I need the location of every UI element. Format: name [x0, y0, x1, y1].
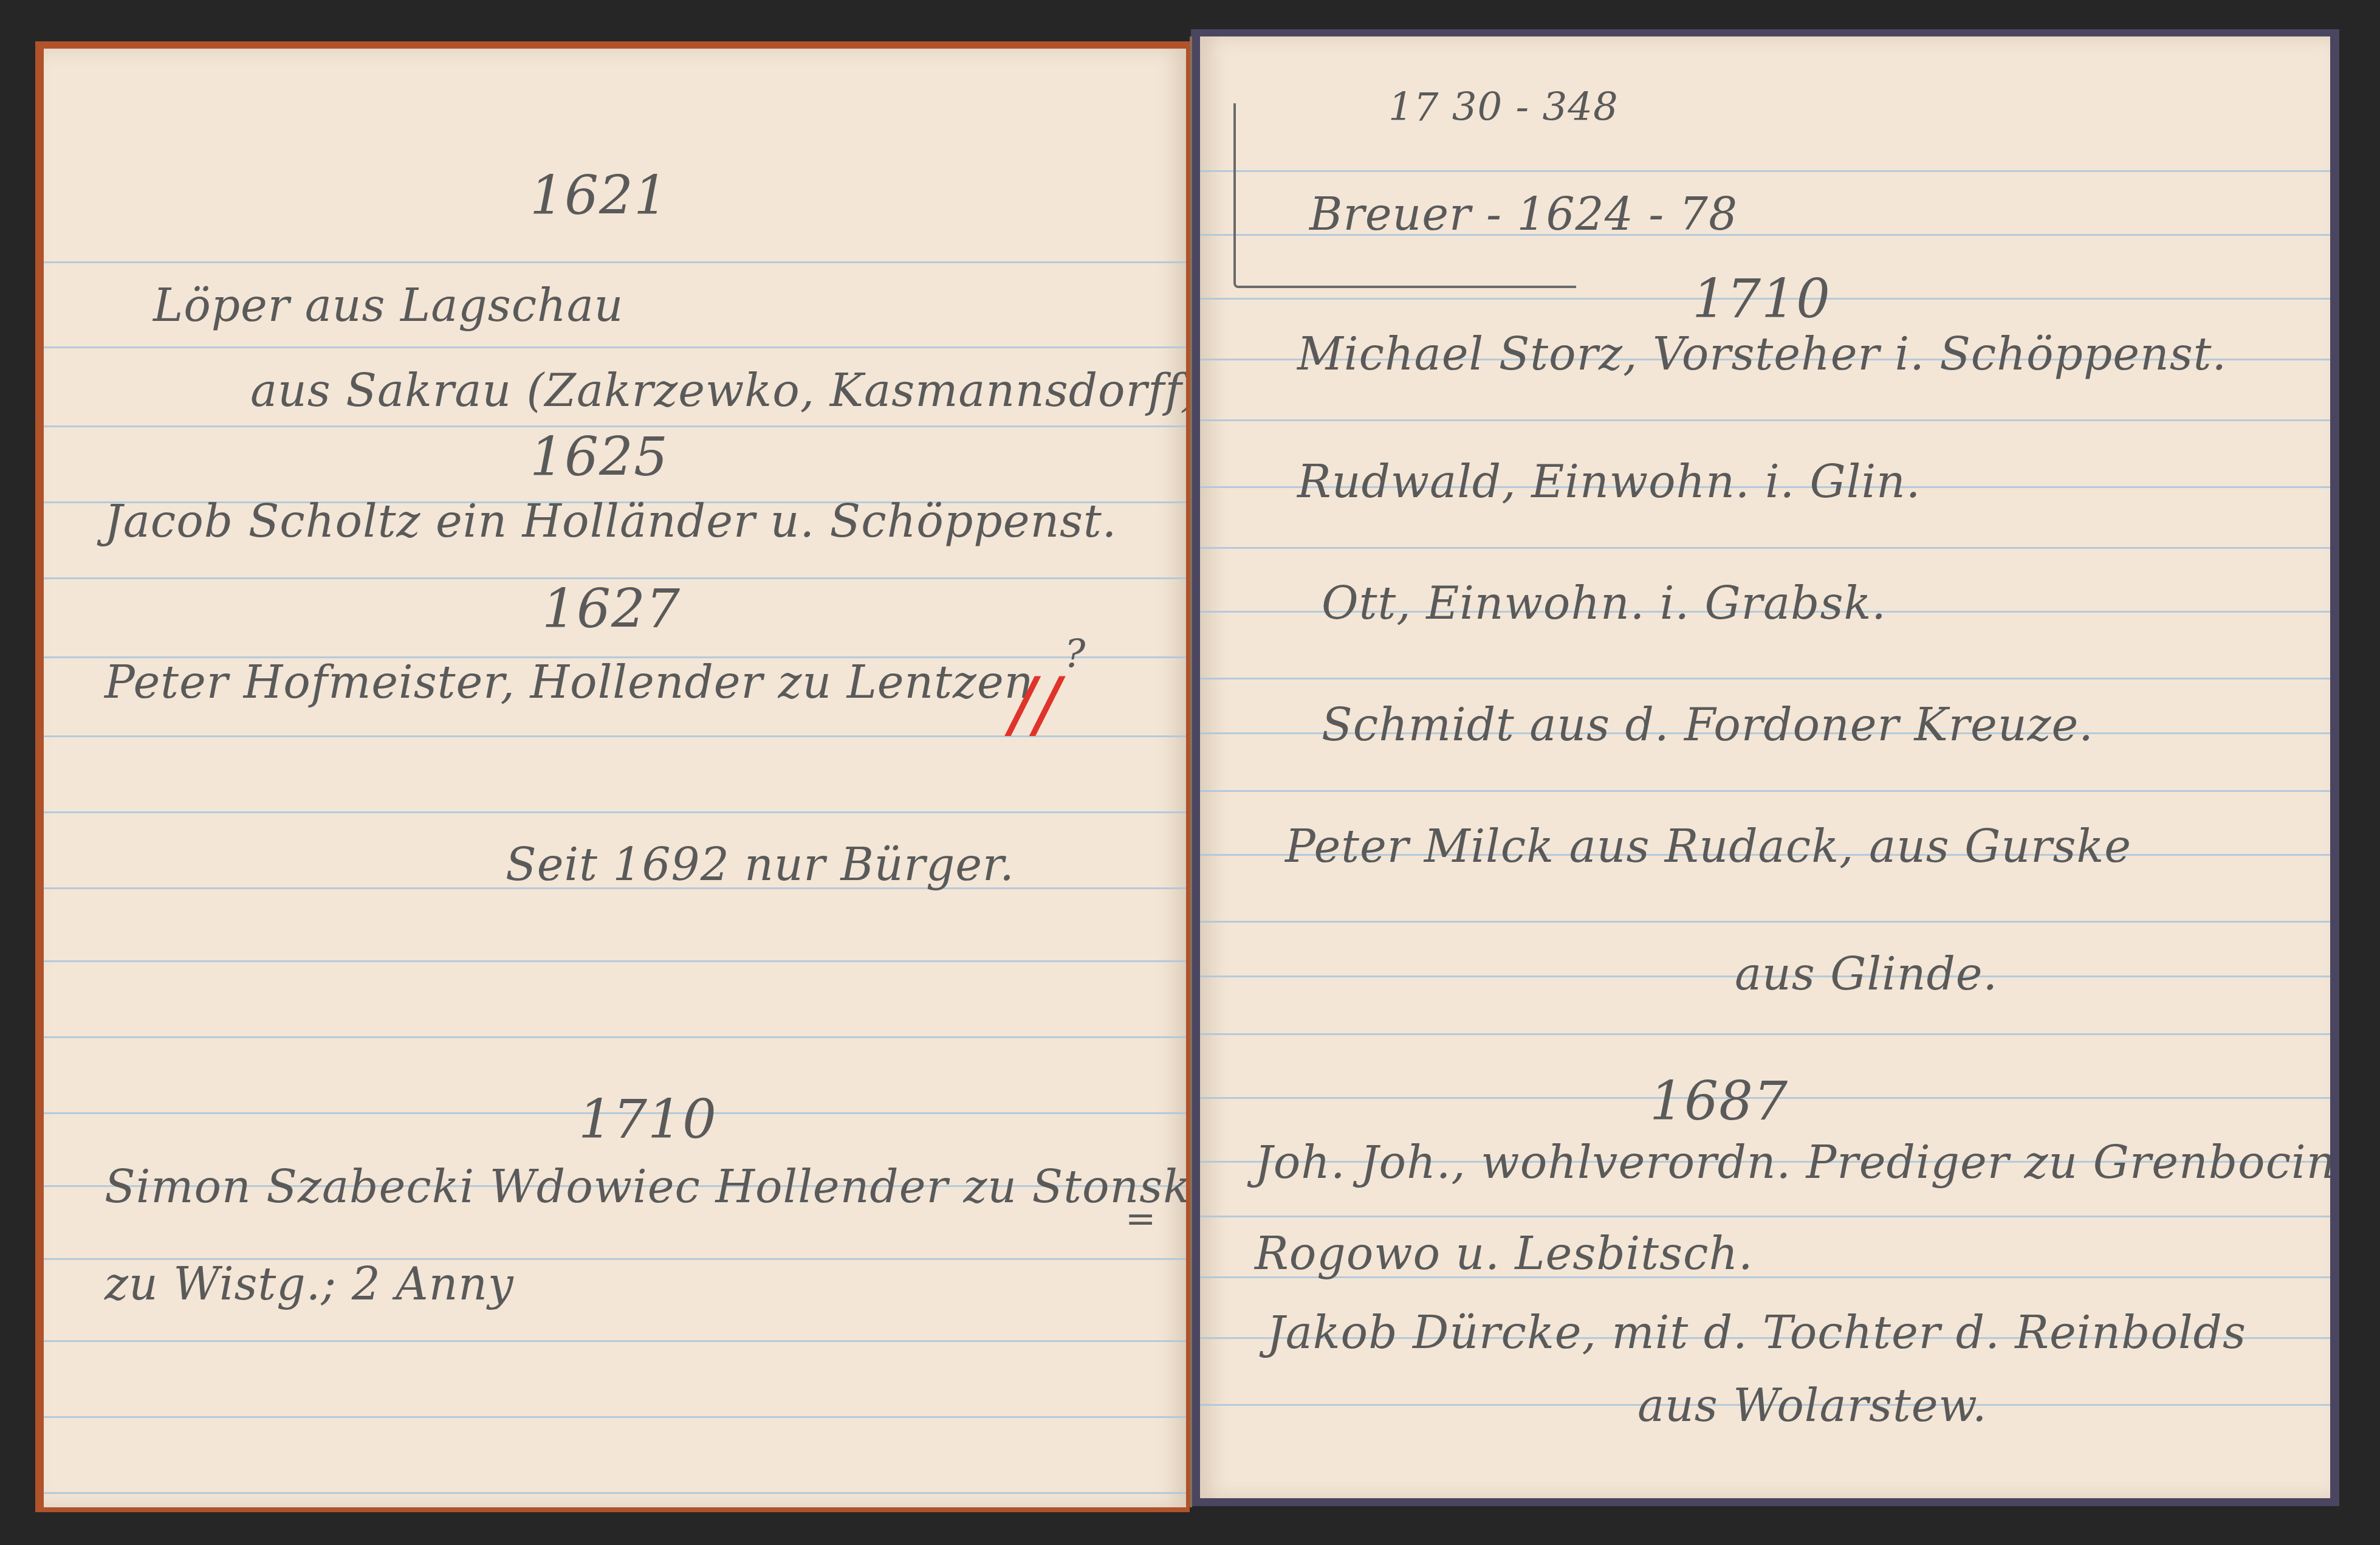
ruled-line — [1200, 678, 2330, 680]
left-notebook-page: 1621 Löper aus Lagschau aus Sakrau (Zakr… — [44, 49, 1186, 1507]
ruled-line — [44, 1036, 1186, 1038]
bracket-top-note: 17 30 - 348 — [1388, 85, 1619, 130]
ruled-line — [1200, 921, 2330, 923]
ruled-line — [44, 960, 1186, 962]
equals-mark: = — [1125, 1197, 1156, 1240]
handwritten-line: zu Wistg.; 2 Anny — [105, 1258, 514, 1310]
handwritten-line: aus Glinde. — [1735, 948, 1998, 1000]
ruled-line — [1200, 1033, 2330, 1035]
handwritten-line: Peter Hofmeister, Hollender zu Lentzen — [105, 656, 1034, 709]
ruled-line — [1200, 419, 2330, 421]
ruled-line — [1200, 1216, 2330, 1217]
handwritten-line: Jacob Scholtz ein Holländer u. Schöppens… — [105, 495, 1117, 548]
handwritten-line: Jakob Dürcke, mit d. Tochter d. Reinbold… — [1267, 1307, 2246, 1359]
ruled-line — [1200, 790, 2330, 792]
handwritten-line: Löper aus Lagschau — [153, 280, 624, 332]
ruled-line — [1200, 547, 2330, 549]
handwritten-line: Rudwald, Einwohn. i. Glin. — [1297, 456, 1921, 508]
red-pencil-mark-icon: // — [1010, 662, 1059, 747]
handwritten-line: Simon Szabecki Wdowiec Hollender zu Ston… — [105, 1161, 1186, 1213]
entry-year-1621: 1621 — [530, 164, 668, 227]
handwritten-line: Michael Storz, Vorsteher i. Schöppenst. — [1297, 328, 2227, 380]
question-mark: ? — [1065, 632, 1086, 677]
entry-year-1627: 1627 — [542, 577, 681, 640]
ruled-line — [44, 1416, 1186, 1418]
ruled-line — [44, 1340, 1186, 1342]
entry-year-1625: 1625 — [530, 425, 668, 488]
handwritten-line: Rogowo u. Lesbitsch. — [1255, 1228, 1754, 1280]
handwritten-line: Ott, Einwohn. i. Grabsk. — [1322, 577, 1887, 630]
ruled-line — [44, 1492, 1186, 1494]
handwritten-line: aus Sakrau (Zakrzewko, Kasmannsdorff) — [250, 365, 1186, 417]
handwritten-line: Joh. Joh., wohlverordn. Prediger zu Gren… — [1255, 1137, 2330, 1189]
handwritten-line: Peter Milck aus Rudack, aus Gurske — [1285, 821, 2131, 873]
handwritten-line: Seit 1692 nur Bürger. — [506, 839, 1015, 891]
bracket-main-note: Breuer - 1624 - 78 — [1309, 188, 1738, 241]
ruled-line — [44, 811, 1186, 813]
handwritten-line: Schmidt aus d. Fordoner Kreuze. — [1322, 699, 2094, 751]
ruled-line — [44, 346, 1186, 348]
ruled-line — [44, 261, 1186, 263]
right-notebook-page: 17 30 - 348 Breuer - 1624 - 78 1710 Mich… — [1200, 36, 2330, 1498]
entry-year-1710: 1710 — [578, 1088, 717, 1151]
entry-year-1710: 1710 — [1692, 267, 1831, 330]
book-gutter — [1190, 36, 1192, 1507]
entry-year-1687: 1687 — [1650, 1070, 1788, 1132]
handwritten-line: aus Wolarstew. — [1638, 1380, 1987, 1432]
